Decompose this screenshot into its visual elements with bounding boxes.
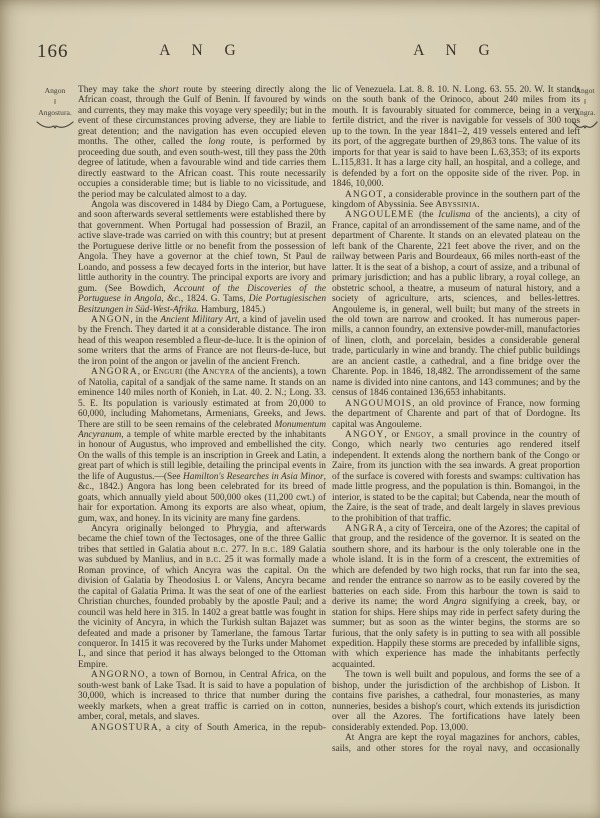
text-run: ANGOUMOIS bbox=[345, 399, 412, 409]
text-run: . bbox=[477, 200, 479, 210]
entry-paragraph: The town is well built and populous, and… bbox=[332, 670, 580, 733]
text-run: , a small province in the country of Con… bbox=[332, 430, 580, 524]
text-run: , or bbox=[384, 430, 404, 440]
text-run: lic of Venezuela. Lat. 8. 8. 10. N. Long… bbox=[332, 85, 580, 189]
text-run: Hamburg, 1845.) bbox=[199, 305, 266, 315]
text-run: of the ancients), a city of France, capi… bbox=[332, 210, 580, 398]
text-run: b.c. bbox=[263, 545, 278, 555]
encyclopedia-page: 166 A N G A N G Angon ‖ Angostura. Angot… bbox=[0, 0, 600, 818]
entry-paragraph: ANGOY, or Engoy, a small province in the… bbox=[332, 430, 580, 524]
entry-paragraph: ANGOULEME (the Iculisma of the ancients)… bbox=[332, 210, 580, 398]
text-run: Enguri bbox=[153, 367, 183, 377]
text-run: The town is well built and populous, and… bbox=[332, 670, 580, 732]
text-run: Angola was discovered in 1484 by Diego C… bbox=[78, 200, 326, 294]
text-run: 277. In bbox=[228, 545, 262, 555]
text-run: Engoy bbox=[404, 430, 431, 440]
text-run: ANGRA bbox=[345, 524, 384, 534]
entry-paragraph: Angola was discovered in 1484 by Diego C… bbox=[78, 200, 326, 315]
entry-paragraph: ANGON, in the Ancient Military Art, a ki… bbox=[78, 315, 326, 367]
text-run: They may take the bbox=[78, 85, 159, 95]
running-head-right: A N G bbox=[332, 42, 580, 60]
text-run: b.c. bbox=[206, 555, 221, 565]
text-run: , 1824. G. Tams, bbox=[181, 294, 249, 304]
text-run: , or bbox=[138, 367, 153, 377]
entry-paragraph: ANGOT, a considerable province in the so… bbox=[332, 190, 580, 211]
margin-note-divider: ‖ bbox=[584, 97, 586, 106]
entry-paragraph: They may take the short route by steerin… bbox=[78, 85, 326, 200]
entry-paragraph: ANGOSTURA, a city of South America, in t… bbox=[78, 723, 326, 733]
entry-paragraph: Ancyra originally belonged to Phrygia, a… bbox=[78, 524, 326, 670]
right-column: lic of Venezuela. Lat. 8. 8. 10. N. Long… bbox=[332, 85, 580, 769]
entry-paragraph: ANGORNO, a town of Bornou, in Central Af… bbox=[78, 670, 326, 722]
text-run: b.c. bbox=[213, 545, 228, 555]
text-run: ANGOY bbox=[345, 430, 384, 440]
text-run: , a city of Terceira, one of the Azores;… bbox=[332, 524, 580, 607]
text-run: , in the bbox=[130, 315, 160, 325]
text-run: 25 it was formally made a Roman province… bbox=[78, 555, 326, 670]
text-run: ANGORNO bbox=[91, 670, 146, 680]
text-run: Abyssinia bbox=[435, 200, 477, 210]
text-run: ANGOSTURA bbox=[91, 723, 159, 733]
text-run: ANGORA bbox=[91, 367, 138, 377]
page-number: 166 bbox=[37, 41, 69, 63]
margin-note-entry-first: Angon bbox=[45, 86, 66, 95]
text-run: short bbox=[159, 85, 178, 95]
text-run: (the bbox=[183, 367, 203, 377]
text-run: ANGON bbox=[91, 315, 130, 325]
entry-paragraph: At Angra are kept the royal magazines fo… bbox=[332, 733, 580, 754]
running-head-left: A N G bbox=[78, 42, 326, 60]
entry-paragraph: ANGORA, or Enguri (the Ancyra of the anc… bbox=[78, 367, 326, 524]
entry-paragraph: ANGOUMOIS, an old province of France, no… bbox=[332, 399, 580, 430]
text-run: Iculisma bbox=[438, 210, 470, 220]
margin-note-entry-last: Angostura. bbox=[38, 108, 72, 117]
margin-note-left: Angon ‖ Angostura. bbox=[28, 85, 82, 131]
text-run: Hamilton's Researches in Asia Minor bbox=[183, 472, 324, 482]
text-run: (the bbox=[414, 210, 438, 220]
text-run: ANGOULEME bbox=[345, 210, 414, 220]
margin-note-divider: ‖ bbox=[54, 97, 56, 106]
text-run: Ancyra bbox=[202, 367, 235, 377]
text-run: long bbox=[208, 137, 225, 147]
text-run: Ancient Military Art bbox=[160, 315, 237, 325]
margin-brace-icon bbox=[35, 119, 75, 131]
text-run: Angra bbox=[443, 597, 466, 607]
entry-paragraph: lic of Venezuela. Lat. 8. 8. 10. N. Long… bbox=[332, 85, 580, 190]
text-run: signifying a creek, bay, or station for … bbox=[332, 597, 580, 670]
left-column: They may take the short route by steerin… bbox=[78, 85, 326, 769]
entry-paragraph: ANGRA, a city of Terceira, one of the Az… bbox=[332, 524, 580, 670]
text-run: , a city of South America, in the repub- bbox=[159, 723, 326, 733]
text-run: ANGOT bbox=[345, 190, 383, 200]
text-run: At Angra are kept the royal magazines fo… bbox=[332, 733, 580, 753]
